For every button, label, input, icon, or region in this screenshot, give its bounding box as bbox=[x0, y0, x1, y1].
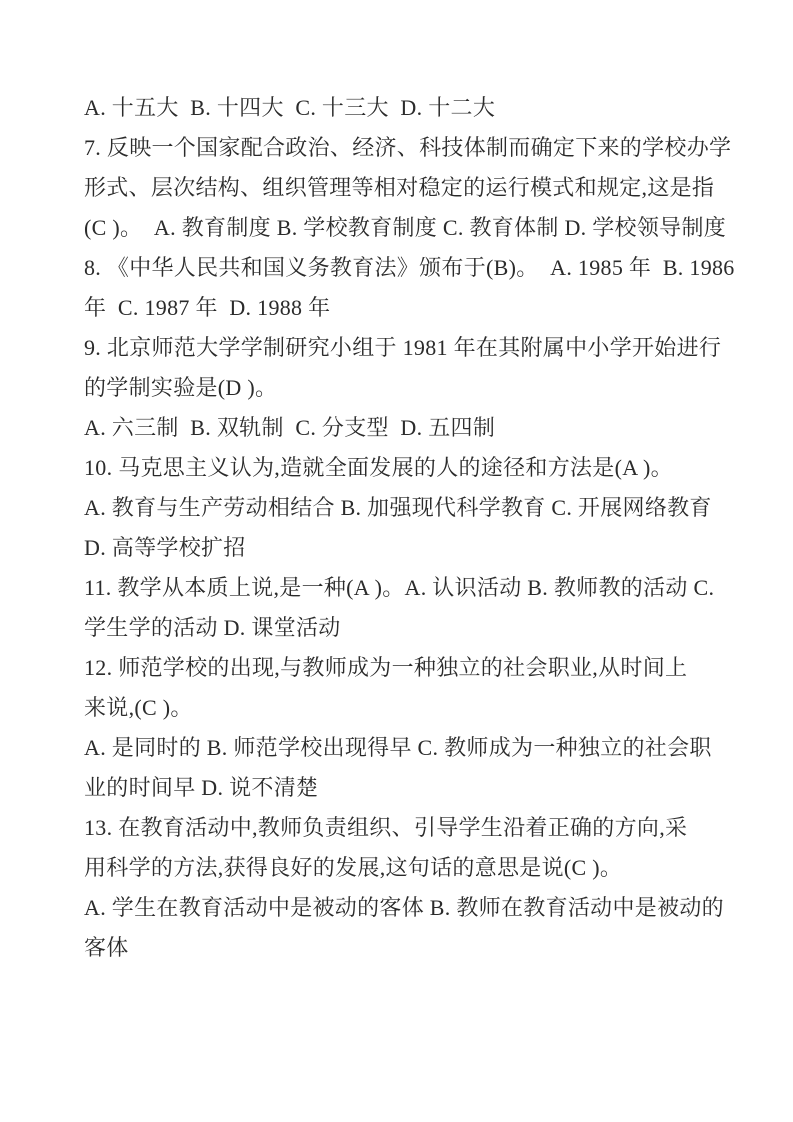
doc-line-9: A. 六三制 B. 双轨制 C. 分支型 D. 五四制 bbox=[84, 408, 724, 448]
doc-line-7: 9. 北京师范大学学制研究小组于 1981 年在其附属中小学开始进行 bbox=[84, 328, 724, 368]
doc-line-5: 8. 《中华人民共和国义务教育法》颁布于(B)。 A. 1985 年 B. 19… bbox=[84, 248, 724, 288]
doc-line-20: 用科学的方法,获得良好的发展,这句话的意思是说(C )。 bbox=[84, 848, 724, 888]
doc-line-13: 11. 教学从本质上说,是一种(A )。A. 认识活动 B. 教师教的活动 C. bbox=[84, 568, 724, 608]
doc-line-12: D. 高等学校扩招 bbox=[84, 528, 724, 568]
doc-line-15: 12. 师范学校的出现,与教师成为一种独立的社会职业,从时间上 bbox=[84, 648, 724, 688]
doc-line-6: 年 C. 1987 年 D. 1988 年 bbox=[84, 288, 724, 328]
doc-line-3: 形式、层次结构、组织管理等相对稳定的运行模式和规定,这是指 bbox=[84, 168, 724, 208]
doc-line-21: A. 学生在教育活动中是被动的客体 B. 教师在教育活动中是被动的 bbox=[84, 888, 724, 928]
doc-line-18: 业的时间早 D. 说不清楚 bbox=[84, 768, 724, 808]
doc-line-2: 7. 反映一个国家配合政治、经济、科技体制而确定下来的学校办学 bbox=[84, 128, 724, 168]
text-block: A. 十五大 B. 十四大 C. 十三大 D. 十二大 7. 反映一个国家配合政… bbox=[84, 88, 724, 968]
doc-line-14: 学生学的活动 D. 课堂活动 bbox=[84, 608, 724, 648]
doc-line-10: 10. 马克思主义认为,造就全面发展的人的途径和方法是(A )。 bbox=[84, 448, 724, 488]
doc-line-11: A. 教育与生产劳动相结合 B. 加强现代科学教育 C. 开展网络教育 bbox=[84, 488, 724, 528]
doc-line-22: 客体 bbox=[84, 928, 724, 968]
doc-line-17: A. 是同时的 B. 师范学校出现得早 C. 教师成为一种独立的社会职 bbox=[84, 728, 724, 768]
doc-line-4: (C )。 A. 教育制度 B. 学校教育制度 C. 教育体制 D. 学校领导制… bbox=[84, 208, 724, 248]
doc-line-16: 来说,(C )。 bbox=[84, 688, 724, 728]
doc-line-1: A. 十五大 B. 十四大 C. 十三大 D. 十二大 bbox=[84, 88, 724, 128]
doc-line-19: 13. 在教育活动中,教师负责组织、引导学生沿着正确的方向,采 bbox=[84, 808, 724, 848]
document-page: A. 十五大 B. 十四大 C. 十三大 D. 十二大 7. 反映一个国家配合政… bbox=[0, 0, 793, 1122]
doc-line-8: 的学制实验是(D )。 bbox=[84, 368, 724, 408]
